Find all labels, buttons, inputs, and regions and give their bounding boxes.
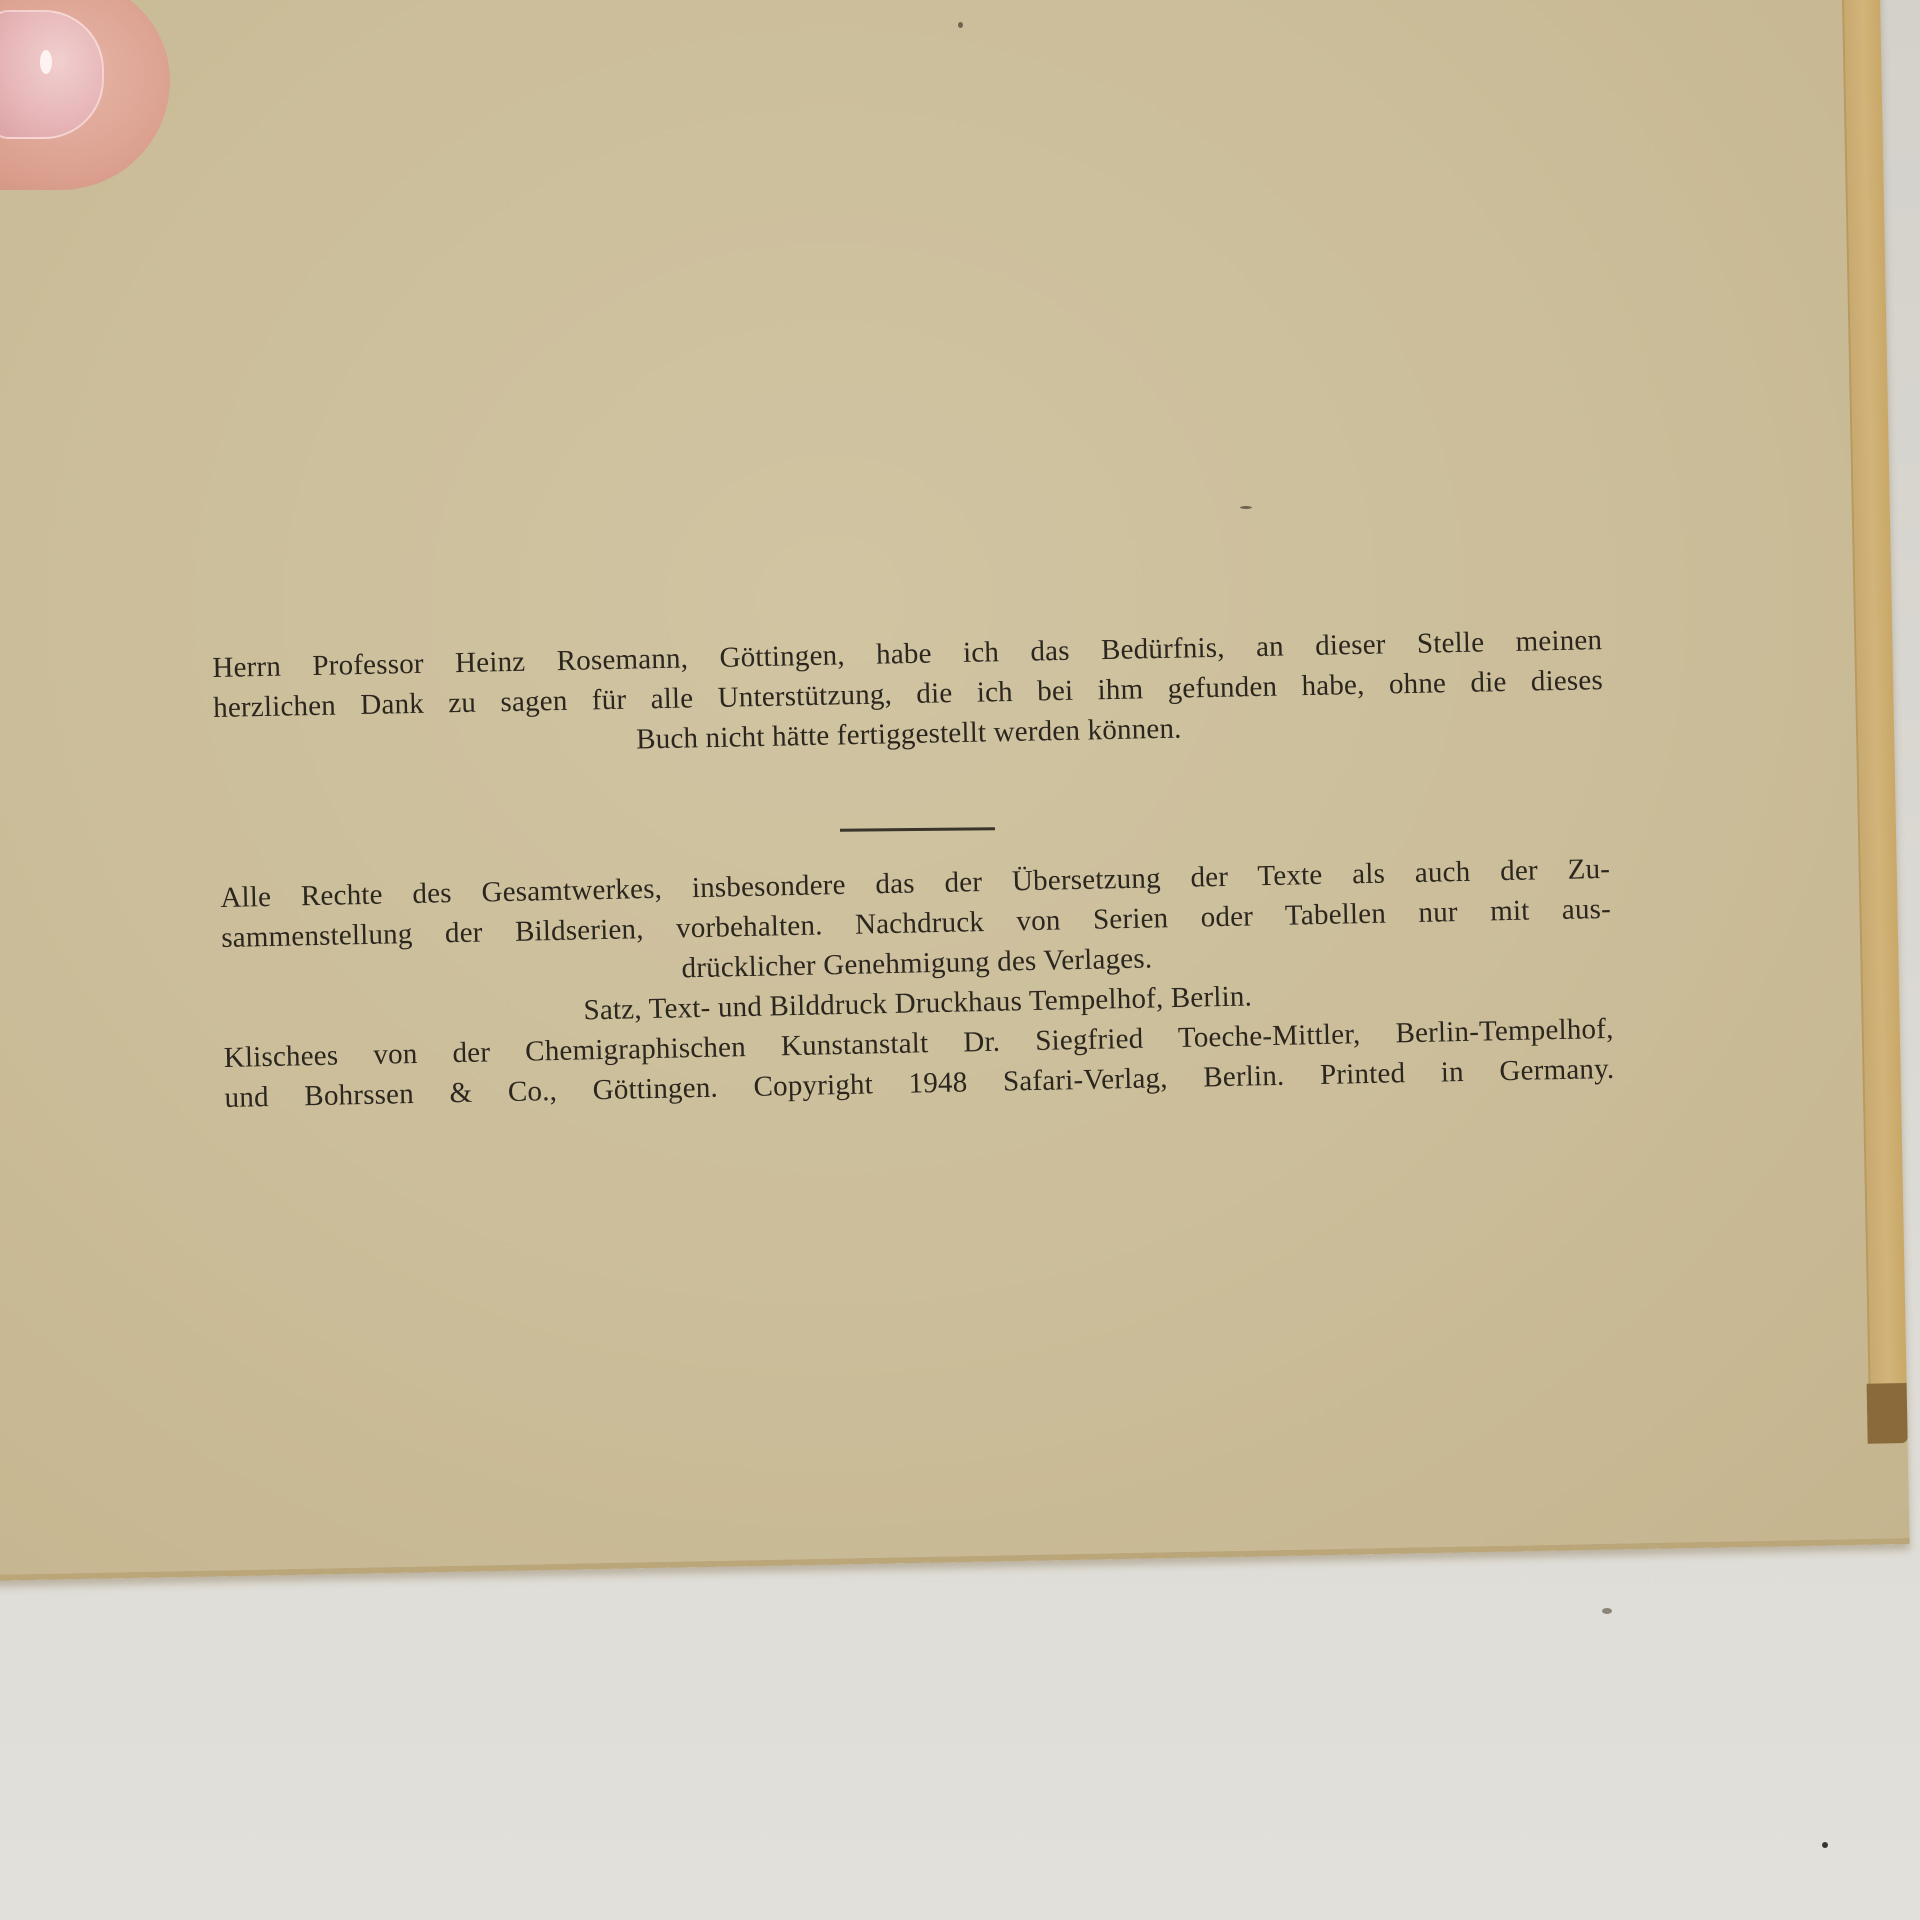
nail-highlight xyxy=(40,50,52,74)
paper-speck xyxy=(958,22,963,28)
paper-speck xyxy=(1240,506,1252,509)
paper-speck xyxy=(1822,1842,1828,1848)
fingernail xyxy=(0,10,104,139)
imprint-paragraph: Alle Rechte des Gesamtwerkes, insbesonde… xyxy=(220,849,1615,1118)
book-page xyxy=(0,0,1910,1581)
paper-speck xyxy=(1602,1608,1612,1614)
book-cover-corner xyxy=(1867,1383,1908,1444)
